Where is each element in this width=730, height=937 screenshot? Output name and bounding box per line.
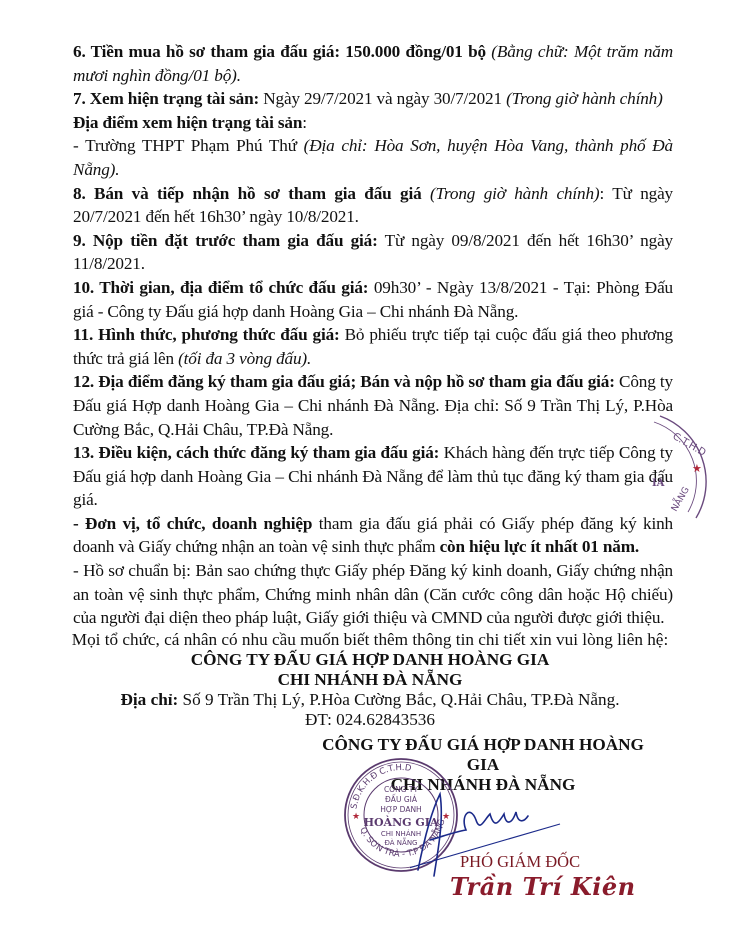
contact-intro: Mọi tổ chức, cá nhân có nhu cầu muốn biế… (60, 630, 680, 650)
item-7-label: 7. Xem hiện trạng tài sản: (73, 89, 259, 108)
item-12-label: 12. Địa điểm đăng ký tham gia đấu giá; B… (73, 372, 615, 391)
signer-title: PHÓ GIÁM ĐỐC (460, 852, 580, 872)
colon: : (302, 113, 307, 132)
item-7-value: Ngày 29/7/2021 và ngày 30/7/2021 (259, 89, 506, 108)
item-11-note: (tối đa 3 vòng đấu). (178, 349, 311, 368)
contact-address-label: Địa chỉ: (120, 690, 178, 709)
item-6-label: 6. Tiền mua hồ sơ tham gia đấu giá: 150.… (73, 42, 486, 61)
contact-block: Mọi tổ chức, cá nhân có nhu cầu muốn biế… (60, 630, 680, 730)
contact-address: Địa chỉ: Số 9 Trần Thị Lý, P.Hòa Cường B… (60, 690, 680, 710)
item-11: 11. Hình thức, phương thức đấu giá: Bỏ p… (73, 323, 673, 370)
item-13-cond-label: - Đơn vị, tổ chức, doanh nghiệp (73, 514, 312, 533)
item-10-label: 10. Thời gian, địa điểm tổ chức đấu giá: (73, 278, 368, 297)
item-11-label: 11. Hình thức, phương thức đấu giá: (73, 325, 340, 344)
item-9-label: 9. Nộp tiền đặt trước tham gia đấu giá: (73, 231, 378, 250)
document-page: 6. Tiền mua hồ sơ tham gia đấu giá: 150.… (0, 0, 730, 937)
item-7: 7. Xem hiện trạng tài sản: Ngày 29/7/202… (73, 87, 673, 111)
item-8: 8. Bán và tiếp nhận hồ sơ tham gia đấu g… (73, 182, 673, 229)
svg-text:IA: IA (652, 478, 665, 489)
item-8-label: 8. Bán và tiếp nhận hồ sơ tham gia đấu g… (73, 184, 422, 203)
signer-name: Trần Trí Kiên (450, 872, 636, 901)
item-13-conditions: - Đơn vị, tổ chức, doanh nghiệp tham gia… (73, 512, 673, 559)
item-13-documents: - Hồ sơ chuẩn bị: Bản sao chứng thực Giấ… (73, 559, 673, 630)
item-7-location-label: Địa điểm xem hiện trạng tài sản (73, 113, 302, 132)
contact-address-value: Số 9 Trần Thị Lý, P.Hòa Cường Bắc, Q.Hải… (178, 690, 619, 709)
auction-notice-body: 6. Tiền mua hồ sơ tham gia đấu giá: 150.… (73, 40, 673, 630)
item-6: 6. Tiền mua hồ sơ tham gia đấu giá: 150.… (73, 40, 673, 87)
item-8-note: (Trong giờ hành chính) (422, 184, 600, 203)
stamp-edge-icon: C.T.H.D ★ IA NẴNG (650, 408, 730, 528)
item-7-note: (Trong giờ hành chính) (506, 89, 663, 108)
contact-company: CÔNG TY ĐẤU GIÁ HỢP DANH HOÀNG GIA (60, 650, 680, 670)
item-7-location: Địa điểm xem hiện trạng tài sản: (73, 111, 673, 135)
item-13-label: 13. Điều kiện, cách thức đăng ký tham gi… (73, 443, 439, 462)
svg-text:NẴNG: NẴNG (667, 484, 692, 514)
contact-phone: ĐT: 024.62843536 (60, 710, 680, 730)
item-12: 12. Địa điểm đăng ký tham gia đấu giá; B… (73, 370, 673, 441)
contact-branch: CHI NHÁNH ĐÀ NẴNG (60, 670, 680, 690)
svg-text:★: ★ (692, 462, 702, 475)
item-7-location-value: - Trường THPT Phạm Phú Thứ (73, 136, 304, 155)
item-13-cond-bold: còn hiệu lực ít nhất 01 năm. (440, 537, 640, 556)
svg-text:★: ★ (352, 811, 360, 821)
item-9: 9. Nộp tiền đặt trước tham gia đấu giá: … (73, 229, 673, 276)
item-13: 13. Điều kiện, cách thức đăng ký tham gi… (73, 441, 673, 512)
item-10: 10. Thời gian, địa điểm tổ chức đấu giá:… (73, 276, 673, 323)
item-7-location-detail: - Trường THPT Phạm Phú Thứ (Địa chỉ: Hòa… (73, 134, 673, 181)
